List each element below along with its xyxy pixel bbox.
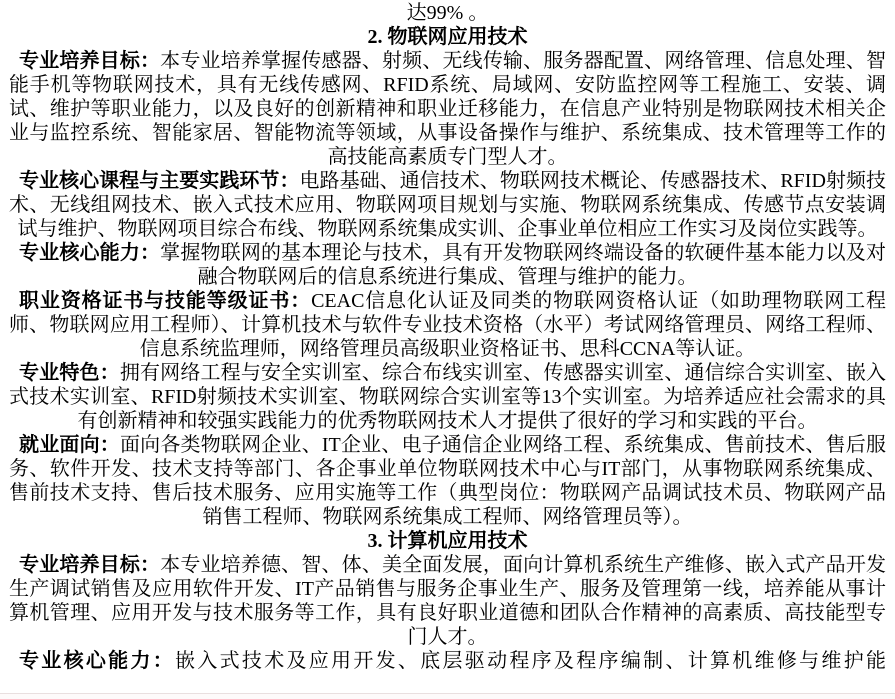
paragraph-certificates-iot: 职业资格证书与技能等级证书：CEAC信息化认证及同类的物联网资格认证（如助理物联… [9, 289, 886, 361]
paragraph-label: 专业核心课程与主要实践环节： [19, 170, 300, 192]
paragraph-employment-iot: 就业面向：面向各类物联网企业、IT企业、电子通信企业网络工程、系统集成、售前技术… [9, 433, 886, 529]
paragraph-features-iot: 专业特色：拥有网络工程与安全实训室、综合布线实训室、传感器实训室、通信综合实训室… [9, 361, 886, 433]
paragraph-text: 拥有网络工程与安全实训室、综合布线实训室、传感器实训室、通信综合实训室、嵌入式技… [9, 362, 886, 432]
section-heading-iot: 2. 物联网应用技术 [9, 25, 886, 49]
paragraph-label: 专业特色： [19, 362, 120, 384]
paragraph-text: 掌握物联网的基本理论与技术，具有开发物联网终端设备的软硬件基本能力以及对融合物联… [160, 242, 886, 288]
paragraph-core-courses-iot: 专业核心课程与主要实践环节：电路基础、通信技术、物联网技术概论、传感器技术、RF… [9, 169, 886, 241]
paragraph-text: 面向各类物联网企业、IT企业、电子通信企业网络工程、系统集成、售前技术、售后服务… [9, 434, 886, 528]
paragraph-core-ability-iot: 专业核心能力：掌握物联网的基本理论与技术，具有开发物联网终端设备的软硬件基本能力… [9, 241, 886, 289]
paragraph-label: 就业面向： [19, 434, 120, 456]
paragraph-text: 嵌入式技术及应用开发、底层驱动程序及程序编制、计算机维修与维护能 [175, 650, 886, 672]
paragraph-label: 职业资格证书与技能等级证书： [19, 290, 311, 312]
page-bottom-edge-divider [0, 693, 895, 699]
paragraph-label: 专业培养目标： [19, 554, 160, 576]
paragraph-training-goal-computer: 专业培养目标：本专业培养德、智、体、美全面发展，面向计算机系统生产维修、嵌入式产… [9, 553, 886, 649]
previous-paragraph-tail-line: 达99% 。 [9, 1, 886, 25]
paragraph-label: 专业核心能力： [19, 242, 160, 264]
section-heading-computer: 3. 计算机应用技术 [9, 529, 886, 553]
paragraph-label: 专业核心能力： [19, 650, 175, 672]
paragraph-core-ability-computer: 专业核心能力：嵌入式技术及应用开发、底层驱动程序及程序编制、计算机维修与维护能 [9, 649, 886, 673]
document-page: 达99% 。 2. 物联网应用技术 专业培养目标：本专业培养掌握传感器、射频、无… [0, 0, 895, 673]
paragraph-label: 专业培养目标： [19, 50, 160, 72]
paragraph-training-goal-iot: 专业培养目标：本专业培养掌握传感器、射频、无线传输、服务器配置、网络管理、信息处… [9, 49, 886, 169]
